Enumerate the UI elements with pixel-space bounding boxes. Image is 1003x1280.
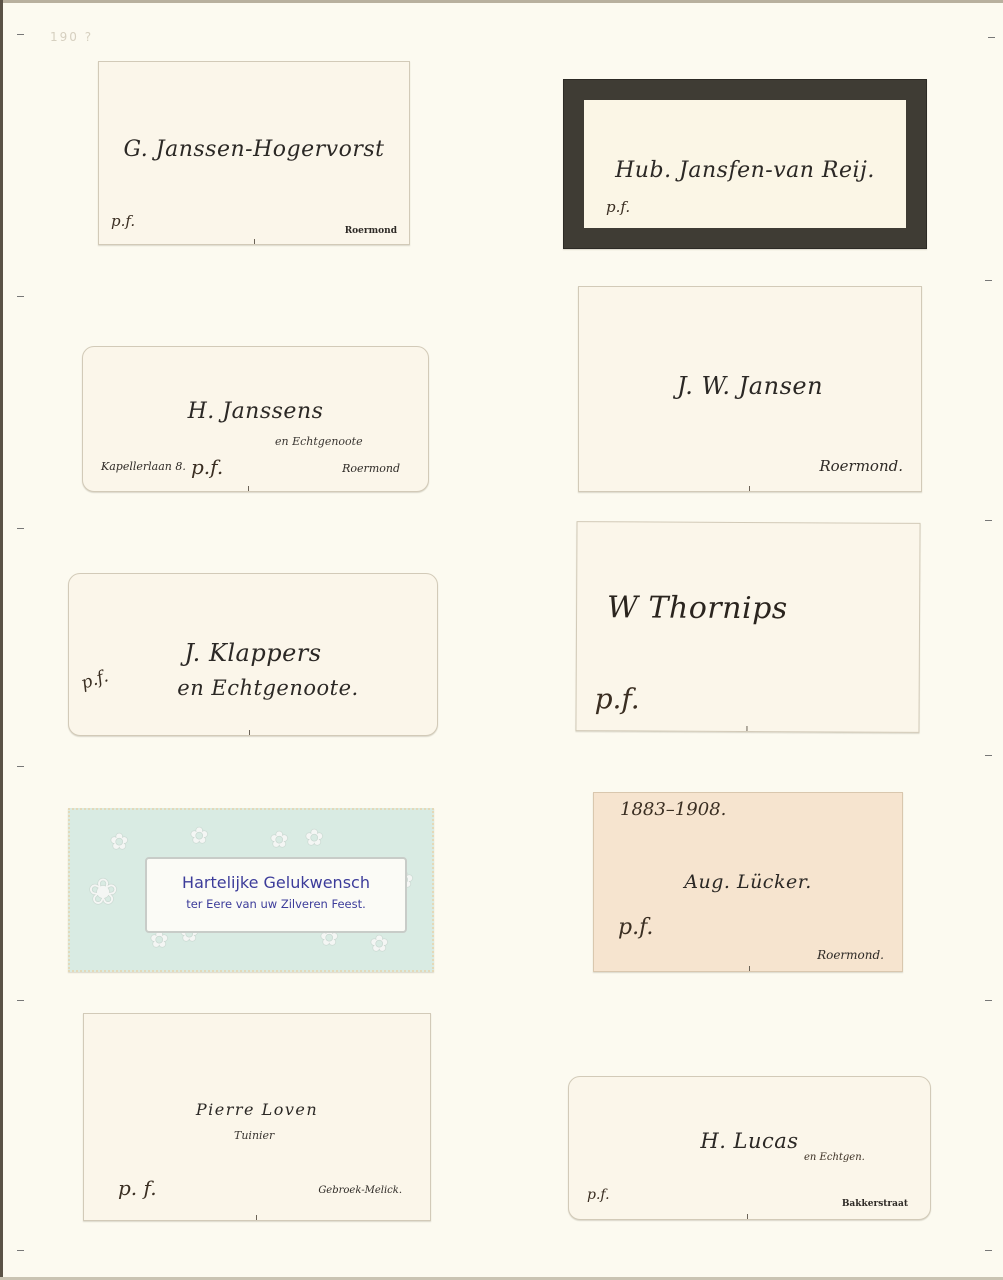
mourning-card-inner: Hub. Jansfen-van Reij. p.f.	[584, 100, 906, 228]
margin-tick	[988, 37, 995, 38]
card-name: Hub. Jansfen-van Reij.	[584, 158, 906, 183]
flower-ornament-icon: ✿	[370, 932, 388, 957]
card-subline: en Echtgenoote.	[99, 676, 437, 700]
flower-ornament-icon: ✿	[190, 824, 208, 849]
card-h-janssens: H. Janssens en Echtgenoote Kapellerlaan …	[82, 346, 429, 492]
handwritten-pf: p. f.	[118, 1176, 157, 1200]
flower-ornament-icon: ✿	[270, 828, 288, 853]
card-name: Pierre Loven	[84, 1100, 430, 1119]
card-subline: en Echtgenoote	[275, 435, 363, 448]
handwritten-pf: p.f.	[111, 212, 135, 230]
handwritten-note: en Echtgen.	[804, 1152, 865, 1163]
margin-tick	[17, 1000, 24, 1001]
margin-tick	[17, 528, 24, 529]
card-place: Roermond	[345, 226, 397, 236]
card-place: Roermond.	[817, 948, 884, 962]
card-j-klappers: J. Klappers en Echtgenoote. p.f.	[68, 573, 438, 736]
margin-tick	[17, 296, 24, 297]
card-name: W Thornips	[607, 590, 788, 626]
card-name: J. W. Jansen	[579, 372, 921, 400]
flower-ornament-icon: ✿	[110, 830, 128, 855]
card-janssen-hogervorst: G. Janssen-Hogervorst p.f. Roermond	[98, 61, 410, 245]
handwritten-pf: p.f.	[595, 682, 640, 715]
card-name: H. Lucas	[569, 1129, 930, 1153]
flower-ornament-icon: ✿	[305, 826, 323, 851]
card-pierre-loven: Pierre Loven Tuinier p. f. Gebroek-Melic…	[83, 1013, 431, 1221]
card-place: Gebroek-Melick.	[318, 1185, 402, 1196]
margin-tick	[17, 766, 24, 767]
card-name: G. Janssen-Hogervorst	[99, 137, 409, 162]
card-jansfen-van-reij: Hub. Jansfen-van Reij. p.f.	[563, 79, 927, 249]
card-name: Aug. Lücker.	[594, 871, 902, 893]
greeting-title: Hartelijke Gelukwensch	[147, 873, 405, 892]
greeting-subtitle: ter Eere van uw Zilveren Feest.	[147, 897, 405, 911]
card-place: Bakkerstraat	[842, 1199, 908, 1209]
handwritten-dates: 1883–1908.	[620, 799, 726, 820]
card-name: H. Janssens	[83, 399, 428, 424]
card-place: Roermond	[342, 462, 400, 475]
card-greeting-silver-anniversary: ✿ ❀ ✿ ✿ ✿ ✿ ✿ ✿ ✿ ✿ Hartelijke Gelukwens…	[68, 808, 434, 972]
card-subline: Tuinier	[234, 1129, 274, 1142]
card-aug-lucker: 1883–1908. Aug. Lücker. p.f. Roermond.	[593, 792, 903, 972]
handwritten-pf: p.f.	[606, 198, 630, 216]
card-jw-jansen: J. W. Jansen Roermond.	[578, 286, 922, 492]
handwritten-pf: p.f.	[587, 1187, 610, 1203]
pencil-note: 190 ?	[50, 30, 93, 44]
margin-tick	[985, 520, 992, 521]
margin-tick	[985, 1250, 992, 1251]
card-w-thornips: W Thornips p.f.	[575, 521, 920, 733]
margin-tick	[985, 1000, 992, 1001]
card-address: Kapellerlaan 8.	[101, 460, 186, 473]
page-left-edge	[0, 0, 3, 1280]
margin-tick	[17, 34, 24, 35]
handwritten-pf: p.f.	[618, 915, 653, 940]
margin-tick	[985, 280, 992, 281]
margin-tick	[985, 755, 992, 756]
card-name: J. Klappers	[69, 639, 437, 667]
page-top-edge	[0, 0, 1003, 3]
card-h-lucas: H. Lucas en Echtgen. p.f. Bakkerstraat	[568, 1076, 931, 1220]
margin-tick	[17, 1250, 24, 1251]
card-place: Roermond.	[819, 457, 903, 475]
handwritten-pf: p.f.	[191, 455, 223, 479]
clover-ornament-icon: ❀	[88, 872, 118, 913]
greeting-text-panel: Hartelijke Gelukwensch ter Eere van uw Z…	[145, 857, 407, 933]
